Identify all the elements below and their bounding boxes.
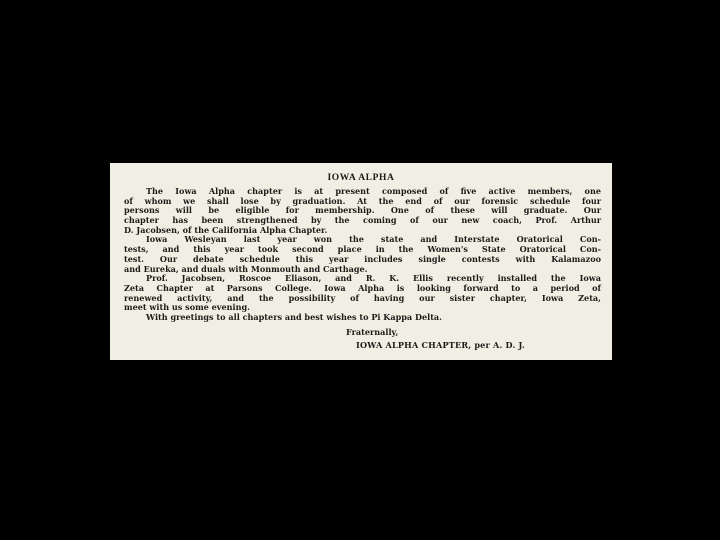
signature: IOWA ALPHA CHAPTER, per A. D. J.	[356, 340, 720, 350]
newspaper-clipping: IOWA ALPHA The Iowa Alpha chapter is at …	[110, 163, 612, 360]
article-title: IOWA ALPHA	[110, 173, 612, 183]
article-body: The Iowa Alpha chapter is at present com…	[124, 187, 601, 323]
paragraph-4-line-1: With greetings to all chapters and best …	[124, 313, 601, 323]
closing-salutation: Fraternally,	[346, 327, 720, 337]
